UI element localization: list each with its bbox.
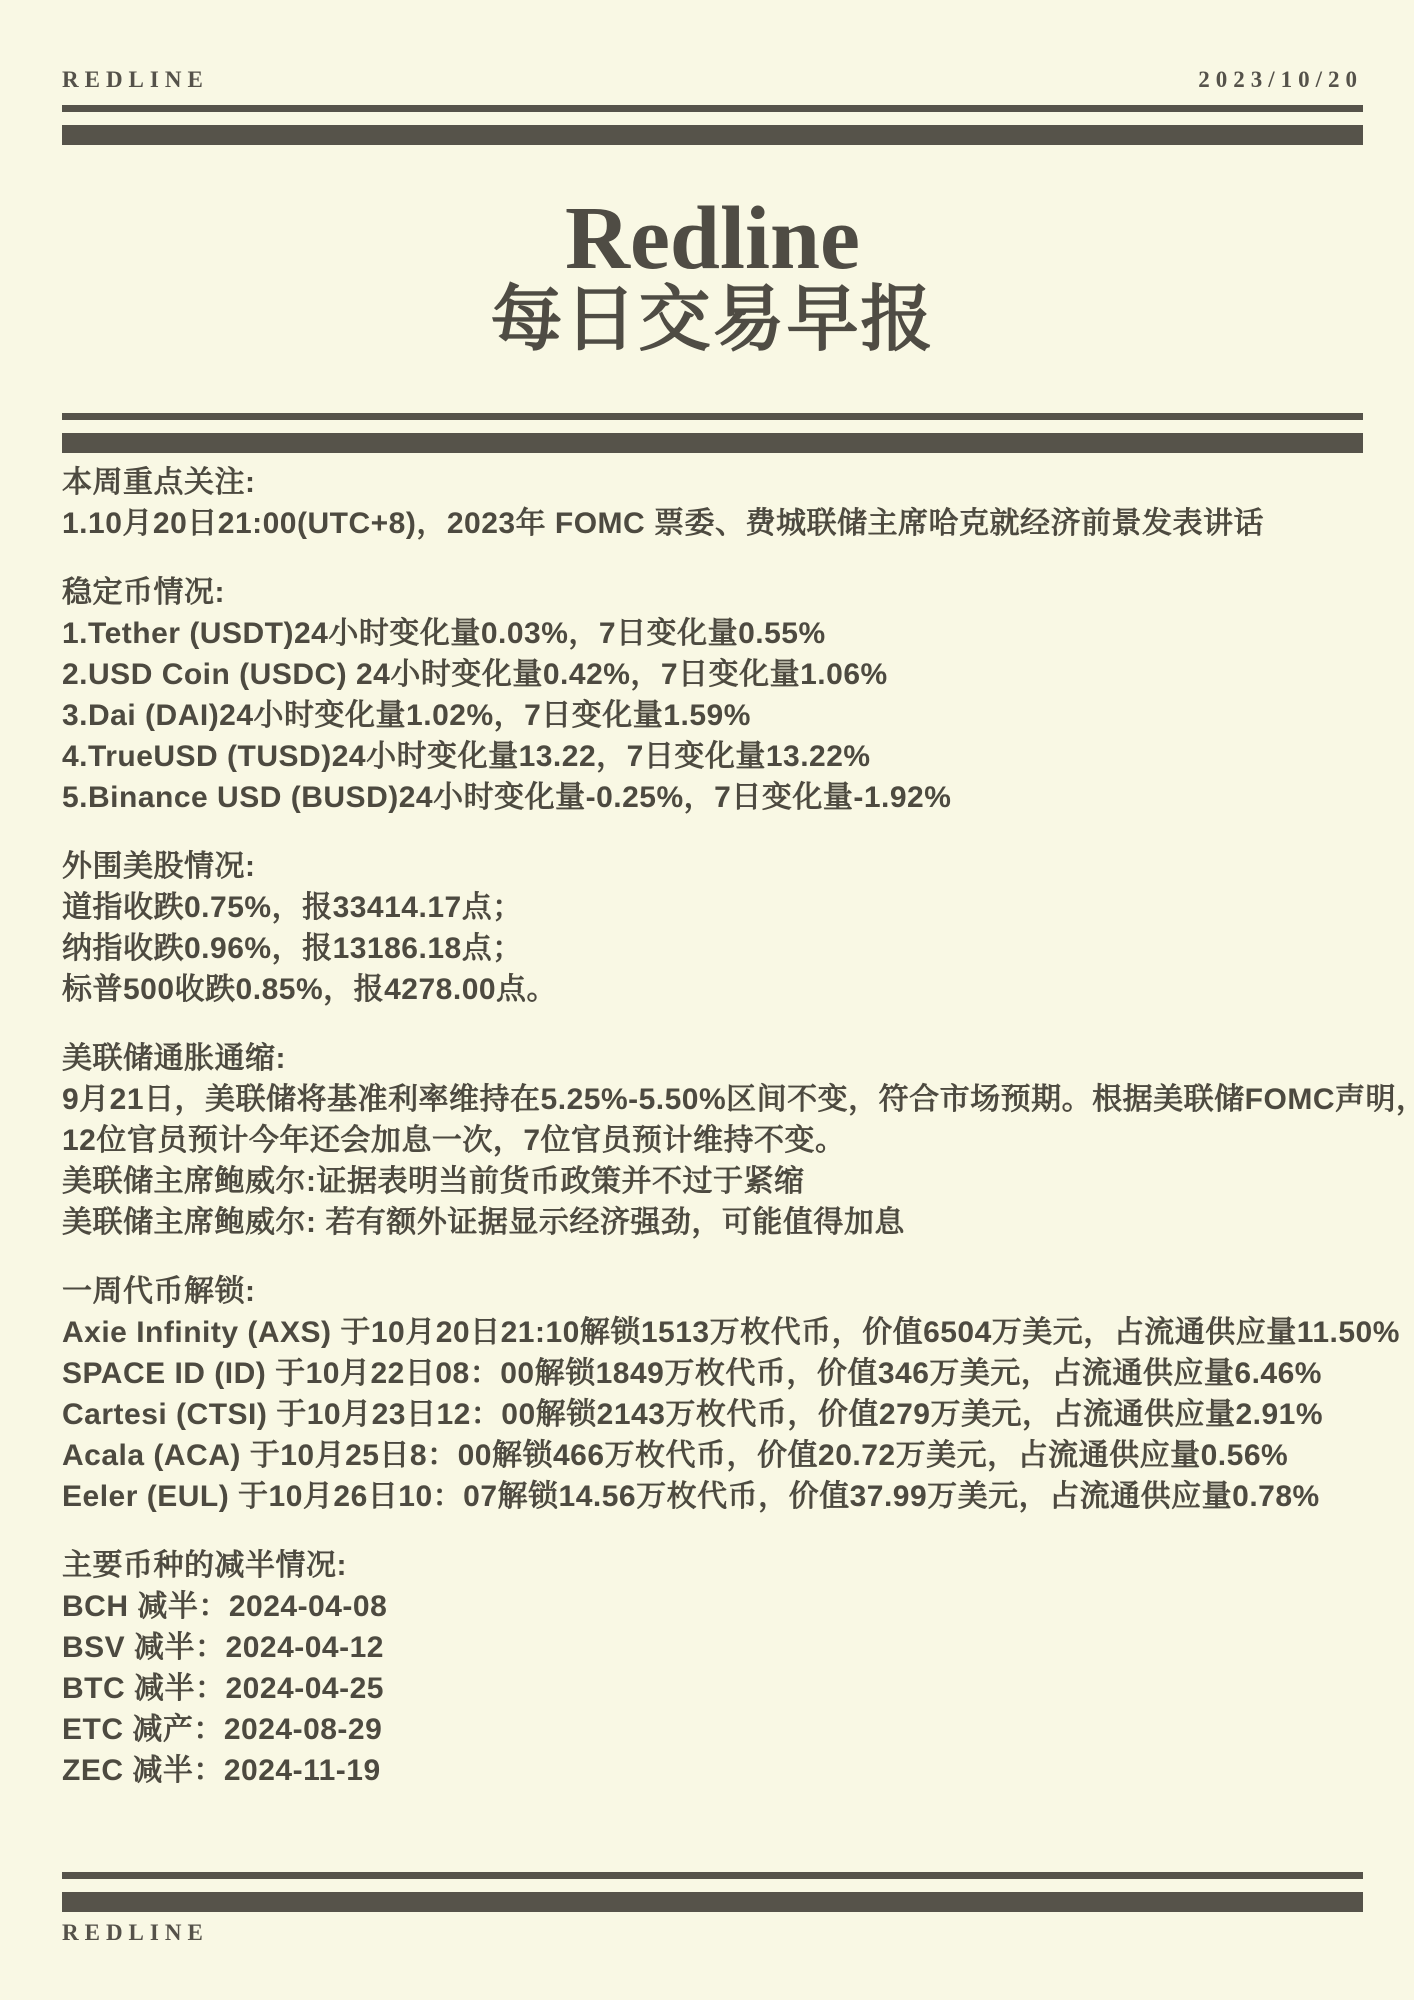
- body-line: Axie Infinity (AXS) 于10月20日21:10解锁1513万枚…: [62, 1312, 1363, 1353]
- brand-name: REDLINE: [62, 68, 209, 91]
- issue-date: 2023/10/20: [1198, 68, 1363, 91]
- section-heading: 一周代币解锁:: [62, 1271, 1363, 1312]
- body-line: 美联储主席鲍威尔: 若有额外证据显示经济强劲，可能值得加息: [62, 1202, 1363, 1243]
- section-lines: 1.Tether (USDT)24小时变化量0.03%，7日变化量0.55%2.…: [62, 613, 1363, 818]
- header-divider-thin: [62, 105, 1363, 112]
- body-line: 5.Binance USD (BUSD)24小时变化量-0.25%，7日变化量-…: [62, 777, 1363, 818]
- body-line: 纳指收跌0.96%，报13186.18点；: [62, 928, 1363, 969]
- body-line: 道指收跌0.75%，报33414.17点；: [62, 887, 1363, 928]
- page-footer: REDLINE: [62, 1872, 1363, 1944]
- body-line: SPACE ID (ID) 于10月22日08：00解锁1849万枚代币，价值3…: [62, 1353, 1363, 1394]
- body-line: 1.10月20日21:00(UTC+8)，2023年 FOMC 票委、费城联储主…: [62, 503, 1363, 544]
- section-heading: 稳定币情况:: [62, 572, 1363, 613]
- footer-divider-thick: [62, 1892, 1363, 1912]
- title-divider-group: [0, 413, 1414, 453]
- report-section: 本周重点关注: 1.10月20日21:00(UTC+8)，2023年 FOMC …: [62, 462, 1363, 544]
- report-page: REDLINE 2023/10/20 Redline 每日交易早报 本周重点关注…: [0, 0, 1414, 2000]
- body-line: Eeler (EUL) 于10月26日10：07解锁14.56万枚代币，价值37…: [62, 1476, 1363, 1517]
- body-line: 9月21日，美联储将基准利率维持在5.25%-5.50%区间不变，符合市场预期。…: [62, 1079, 1363, 1120]
- footer-brand-name: REDLINE: [62, 1921, 1363, 1944]
- report-section: 一周代币解锁: Axie Infinity (AXS) 于10月20日21:10…: [62, 1271, 1363, 1517]
- section-lines: Axie Infinity (AXS) 于10月20日21:10解锁1513万枚…: [62, 1312, 1363, 1517]
- body-line: 4.TrueUSD (TUSD)24小时变化量13.22，7日变化量13.22%: [62, 736, 1363, 777]
- section-heading: 外围美股情况:: [62, 846, 1363, 887]
- body-line: ZEC 减半：2024-11-19: [62, 1750, 1363, 1791]
- section-lines: 1.10月20日21:00(UTC+8)，2023年 FOMC 票委、费城联储主…: [62, 503, 1363, 544]
- body-line: 1.Tether (USDT)24小时变化量0.03%，7日变化量0.55%: [62, 613, 1363, 654]
- body-line: 标普500收跌0.85%，报4278.00点。: [62, 969, 1363, 1010]
- body-line: ETC 减产：2024-08-29: [62, 1709, 1363, 1750]
- section-heading: 主要币种的减半情况:: [62, 1545, 1363, 1586]
- section-heading: 本周重点关注:: [62, 462, 1363, 503]
- section-lines: 9月21日，美联储将基准利率维持在5.25%-5.50%区间不变，符合市场预期。…: [62, 1079, 1363, 1243]
- section-lines: 道指收跌0.75%，报33414.17点；纳指收跌0.96%，报13186.18…: [62, 887, 1363, 1010]
- body-line: BSV 减半：2024-04-12: [62, 1627, 1363, 1668]
- body-line: BCH 减半：2024-04-08: [62, 1586, 1363, 1627]
- footer-divider-thin: [62, 1872, 1363, 1879]
- page-header: REDLINE 2023/10/20: [0, 0, 1414, 145]
- body-line: 12位官员预计今年还会加息一次，7位官员预计维持不变。: [62, 1120, 1363, 1161]
- report-title-zh: 每日交易早报: [62, 283, 1363, 359]
- body-line: 2.USD Coin (USDC) 24小时变化量0.42%，7日变化量1.06…: [62, 654, 1363, 695]
- body-line: Cartesi (CTSI) 于10月23日12：00解锁2143万枚代币，价值…: [62, 1394, 1363, 1435]
- report-section: 稳定币情况: 1.Tether (USDT)24小时变化量0.03%，7日变化量…: [62, 572, 1363, 818]
- report-title-en: Redline: [62, 203, 1363, 275]
- report-section: 主要币种的减半情况: BCH 减半：2024-04-08BSV 减半：2024-…: [62, 1545, 1363, 1791]
- body-line: BTC 减半：2024-04-25: [62, 1668, 1363, 1709]
- title-block: Redline 每日交易早报: [0, 203, 1414, 359]
- masthead: REDLINE 2023/10/20: [62, 0, 1363, 91]
- section-heading: 美联储通胀通缩:: [62, 1038, 1363, 1079]
- body-line: Acala (ACA) 于10月25日8：00解锁466万枚代币，价值20.72…: [62, 1435, 1363, 1476]
- report-body: 本周重点关注: 1.10月20日21:00(UTC+8)，2023年 FOMC …: [0, 453, 1414, 1791]
- body-line: 3.Dai (DAI)24小时变化量1.02%，7日变化量1.59%: [62, 695, 1363, 736]
- title-divider-thick: [62, 433, 1363, 453]
- title-divider-thin: [62, 413, 1363, 420]
- body-line: 美联储主席鲍威尔:证据表明当前货币政策并不过于紧缩: [62, 1161, 1363, 1202]
- header-divider-thick: [62, 125, 1363, 145]
- report-section: 美联储通胀通缩: 9月21日，美联储将基准利率维持在5.25%-5.50%区间不…: [62, 1038, 1363, 1243]
- section-lines: BCH 减半：2024-04-08BSV 减半：2024-04-12BTC 减半…: [62, 1586, 1363, 1791]
- report-section: 外围美股情况: 道指收跌0.75%，报33414.17点；纳指收跌0.96%，报…: [62, 846, 1363, 1010]
